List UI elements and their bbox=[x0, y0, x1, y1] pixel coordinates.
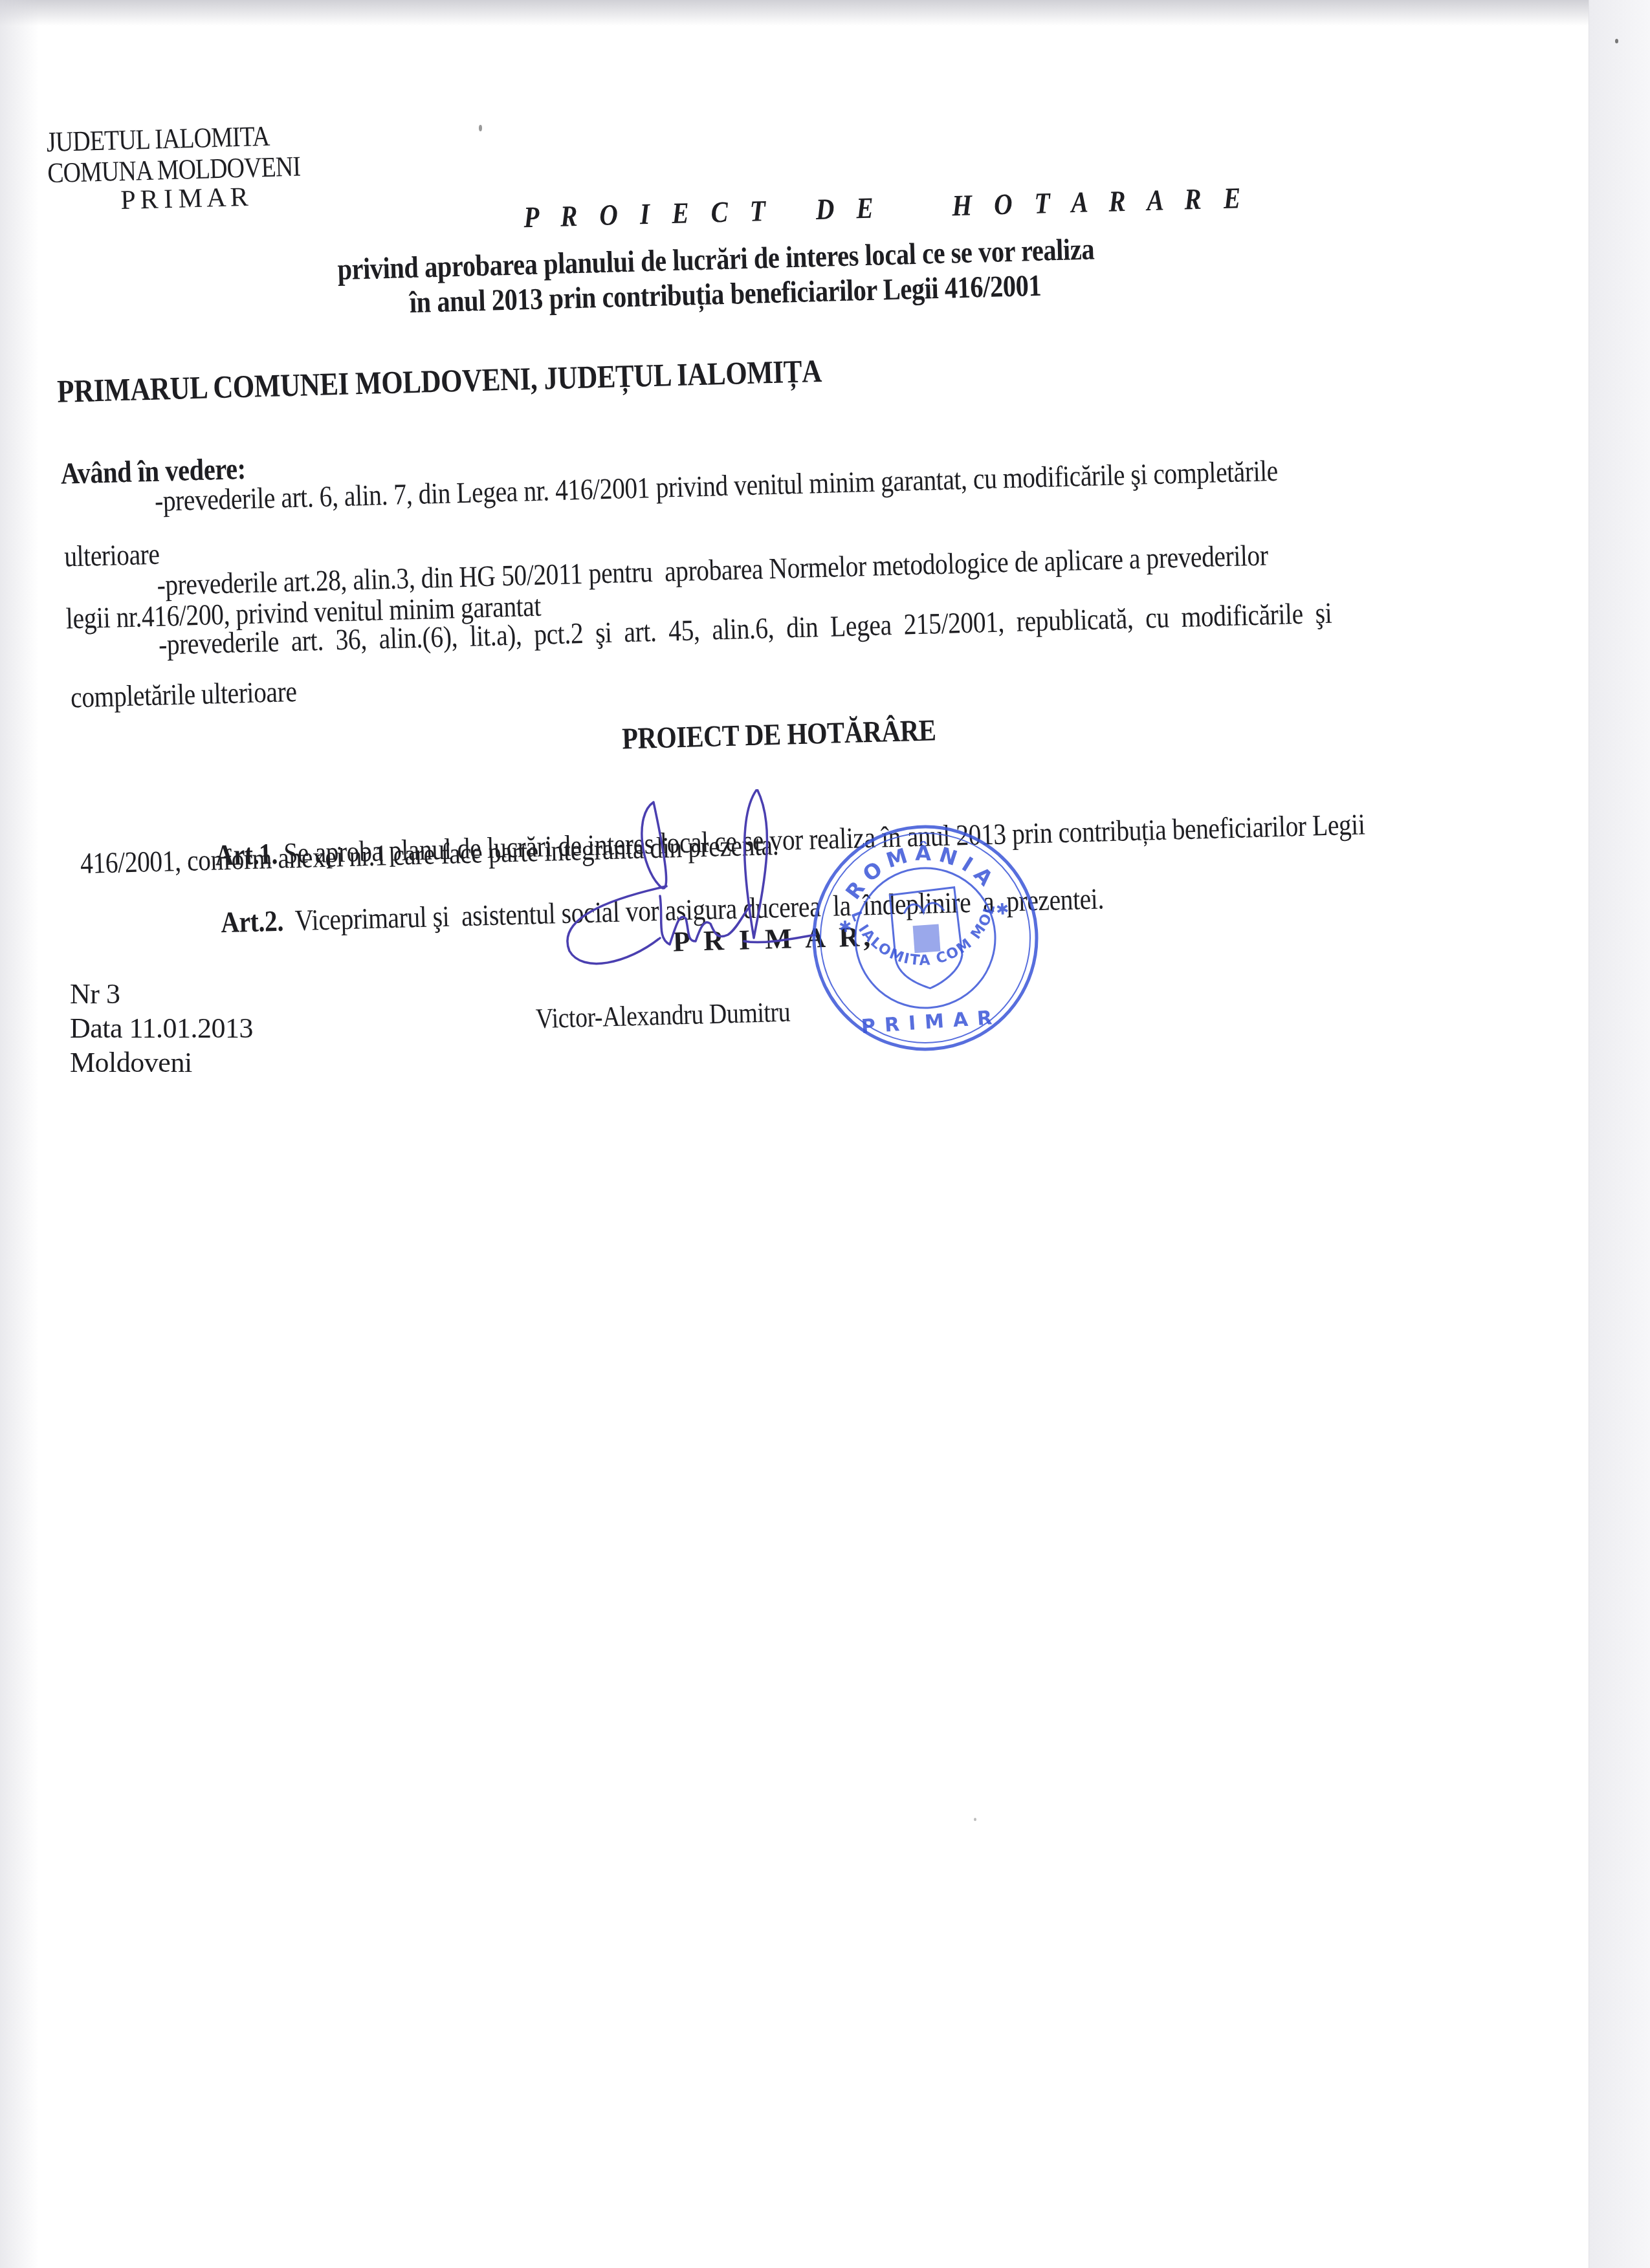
scanned-page: JUDETUL IALOMITA COMUNA MOLDOVENI P R I … bbox=[0, 0, 1589, 2268]
decision-heading: PROIECT DE HOTĂRÂRE bbox=[622, 715, 936, 754]
registration-number: Nr 3 bbox=[70, 980, 120, 1009]
consideration-1-line1: -prevederile art. 6, alin. 7, din Legea … bbox=[154, 456, 1278, 516]
scan-artifact bbox=[1615, 39, 1618, 43]
scanner-bed-edge bbox=[1589, 0, 1650, 2268]
consideration-2-line1: -prevederile art.28, alin.3, din HG 50/2… bbox=[157, 540, 1268, 600]
registration-date: Data 11.01.2013 bbox=[70, 1014, 253, 1043]
issuer-heading: PRIMARUL COMUNEI MOLDOVENI, JUDEȚUL IALO… bbox=[57, 354, 822, 408]
consideration-3-line2: completările ulterioare bbox=[71, 677, 297, 712]
scan-artifact bbox=[974, 1818, 976, 1821]
header-county: JUDETUL IALOMITA bbox=[46, 122, 269, 157]
consideration-1-line2: ulterioare bbox=[64, 540, 160, 572]
registration-place: Moldoveni bbox=[70, 1049, 192, 1077]
header-commune: COMUNA MOLDOVENI bbox=[47, 153, 301, 188]
signatory-name: Victor-Alexandru Dumitru bbox=[535, 998, 790, 1034]
header-office: P R I M A R bbox=[120, 184, 248, 214]
official-stamp: ROMÂNIA ✱ ✱ JUDEȚUL IALOMITA COM MOLDOVE… bbox=[794, 807, 1057, 1069]
scan-artifact bbox=[479, 125, 482, 131]
document-title: P R O I E C T D E H O T A R A R E bbox=[523, 183, 1249, 232]
article-2-label: Art.2. bbox=[221, 904, 284, 939]
